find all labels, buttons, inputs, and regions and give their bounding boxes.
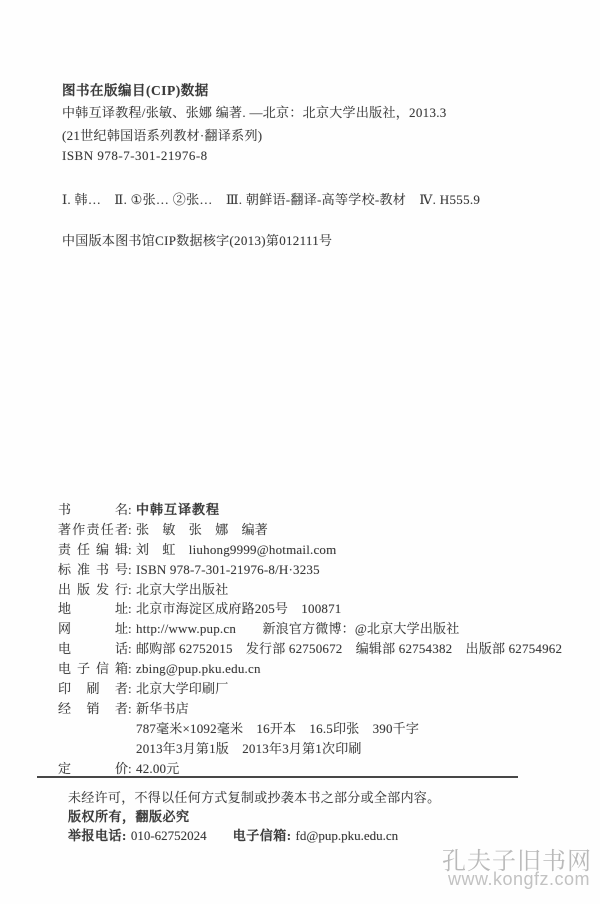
row-label: 电话	[58, 639, 128, 659]
cip-title: 图书在版编目(CIP)数据	[62, 79, 209, 99]
row-label: 出版发行	[58, 580, 128, 600]
row-colon: :	[128, 500, 136, 520]
row-value: 北京市海淀区成府路205号 100871	[136, 599, 342, 619]
colophon-row-publisher: 出版发行:北京大学出版社	[58, 580, 558, 600]
row-label: 电子信箱	[58, 659, 128, 679]
row-label: 地址	[58, 599, 128, 619]
report-email-value: fd@pup.pku.edu.cn	[296, 828, 399, 843]
horizontal-rule	[37, 776, 518, 778]
colophon-row-book-title: 书名:中韩互译教程	[58, 500, 558, 520]
cip-record-line: 中国版本图书馆CIP数据核字(2013)第012111号	[62, 230, 332, 249]
notice-contact-line: 举报电话:010-62752024电子信箱:fd@pup.pku.edu.cn	[68, 825, 398, 844]
row-value: 刘 虹 liuhong9999@hotmail.com	[136, 540, 336, 560]
row-colon: :	[128, 599, 136, 619]
row-value: 邮购部 62752015 发行部 62750672 编辑部 62754382 出…	[136, 639, 562, 659]
notice-no-copy-line: 未经许可，不得以任何方式复制或抄袭本书之部分或全部内容。	[68, 787, 440, 806]
kongfz-watermark-url: www.kongfz.com	[448, 869, 590, 890]
cip-series-line: (21世纪韩国语系列教材·翻译系列)	[62, 125, 262, 144]
colophon-row-printer: 印刷者:北京大学印刷厂	[58, 679, 558, 699]
row-label: 网址	[58, 619, 128, 639]
row-value: ISBN 978-7-301-21976-8/H·3235	[136, 560, 320, 580]
report-phone-value: 010-62752024	[131, 828, 207, 843]
colophon-row-email: 电子信箱:zbing@pup.pku.edu.cn	[58, 659, 558, 679]
cip-entry-line: 中韩互译教程/张敏、张娜 编著. —北京：北京大学出版社，2013.3	[62, 102, 447, 121]
report-phone-label: 举报电话:	[68, 828, 127, 843]
colophon-row-address: 地址:北京市海淀区成府路205号 100871	[58, 599, 558, 619]
colophon-row-website: 网址:http://www.pup.cn 新浪官方微博：@北京大学出版社	[58, 619, 558, 639]
cip-isbn-line: ISBN 978-7-301-21976-8	[62, 148, 208, 164]
report-email-label: 电子信箱:	[233, 828, 292, 843]
colophon-row-phones: 电话:邮购部 62752015 发行部 62750672 编辑部 6275438…	[58, 639, 558, 659]
row-label: 书名	[58, 500, 128, 520]
colophon-block: 书名:中韩互译教程 著作责任者:张 敏 张 娜 编著 责任编辑:刘 虹 liuh…	[58, 500, 558, 778]
copyright-page: 图书在版编目(CIP)数据 中韩互译教程/张敏、张娜 编著. —北京：北京大学出…	[0, 0, 600, 904]
row-label: 著作责任者	[58, 520, 128, 540]
row-value: 新华书店	[136, 699, 189, 719]
row-value: 中韩互译教程	[136, 500, 220, 520]
row-colon: :	[128, 639, 136, 659]
notice-rights-line: 版权所有，翻版必究	[68, 806, 190, 825]
row-colon: :	[128, 580, 136, 600]
row-value: 北京大学印刷厂	[136, 679, 228, 699]
row-value: 北京大学出版社	[136, 580, 228, 600]
row-value: zbing@pup.pku.edu.cn	[136, 659, 261, 679]
row-label: 标准书号	[58, 560, 128, 580]
row-colon: :	[128, 540, 136, 560]
row-value: 787毫米×1092毫米 16开本 16.5印张 390千字	[136, 719, 419, 739]
colophon-row-format: 787毫米×1092毫米 16开本 16.5印张 390千字	[58, 719, 558, 739]
row-label: 经销者	[58, 699, 128, 719]
colophon-row-editor: 责任编辑:刘 虹 liuhong9999@hotmail.com	[58, 540, 558, 560]
cip-classification-line: Ⅰ. 韩… Ⅱ. ①张… ②张… Ⅲ. 朝鲜语-翻译-高等学校-教材 Ⅳ. H5…	[62, 189, 480, 208]
colophon-row-authors: 著作责任者:张 敏 张 娜 编著	[58, 520, 558, 540]
row-colon: :	[128, 560, 136, 580]
row-colon: :	[128, 679, 136, 699]
colophon-row-isbn: 标准书号:ISBN 978-7-301-21976-8/H·3235	[58, 560, 558, 580]
row-label: 印刷者	[58, 679, 128, 699]
row-colon: :	[128, 659, 136, 679]
row-value: 2013年3月第1版 2013年3月第1次印刷	[136, 739, 362, 759]
row-colon: :	[128, 699, 136, 719]
row-colon: :	[128, 619, 136, 639]
colophon-row-distributor: 经销者:新华书店	[58, 699, 558, 719]
colophon-row-edition: 2013年3月第1版 2013年3月第1次印刷	[58, 739, 558, 759]
row-label: 责任编辑	[58, 540, 128, 560]
row-value: http://www.pup.cn 新浪官方微博：@北京大学出版社	[136, 619, 459, 639]
row-colon: :	[128, 520, 136, 540]
row-value: 张 敏 张 娜 编著	[136, 520, 268, 540]
